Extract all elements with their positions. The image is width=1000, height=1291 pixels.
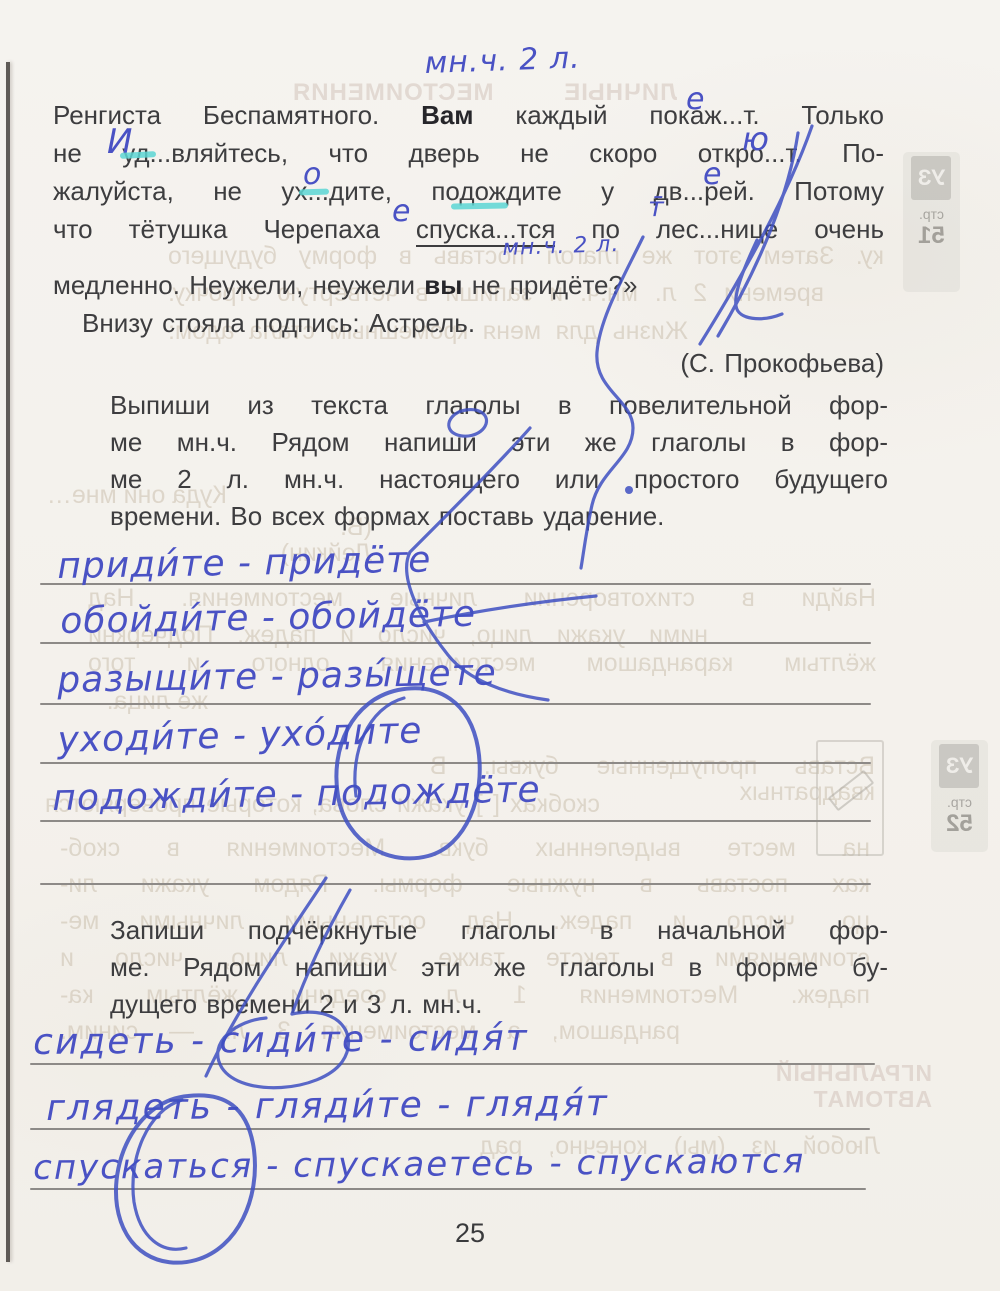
story-text: каждый покаж...т. Только xyxy=(474,100,884,130)
badge-number: 51 xyxy=(918,222,945,250)
story-bold-vam: Вам xyxy=(421,100,473,130)
uz-logo-icon: УЗ xyxy=(940,744,980,788)
answer-row-imperative-3: разыщи́те - разы́щете xyxy=(57,652,497,701)
badge-label: стр. xyxy=(947,794,972,810)
uz-logo-icon: УЗ xyxy=(912,156,952,200)
answer-rule-line xyxy=(40,883,871,885)
story-attribution: (С. Прокофьева) xyxy=(500,348,884,378)
answer-rule-line xyxy=(30,1063,875,1065)
story-line-3: жалуйста, не ух...дите, подождите у дв..… xyxy=(53,176,884,206)
bleedthrough-line: на месте выделенных букв. Местоимения в … xyxy=(60,835,870,861)
task1-line-1: Выпиши из текста глаголы в повелительной… xyxy=(110,390,888,420)
task1-line-4: времени. Во всех формах поставь ударение… xyxy=(110,501,888,531)
insert-letter-spuskaetsya: е xyxy=(392,194,411,229)
answer-rule-line xyxy=(30,1128,870,1130)
answer-row-imperative-4: уходи́те - ухо́дите xyxy=(57,710,423,761)
answer-rule-line xyxy=(40,820,871,822)
bleedthrough-badge-51: УЗ стр. 51 xyxy=(903,152,960,292)
story-line-5: медленно. Неужели, неужели вы не придёте… xyxy=(53,270,884,300)
task2-line-1: Запиши подчёркнутые глаголы в начальной … xyxy=(110,915,888,945)
handwritten-note-top: мн.ч. 2 л. xyxy=(424,41,581,81)
insert-letter-pokazhet: е xyxy=(686,82,705,117)
answer-row-imperative-2: обойди́те - обойдёте xyxy=(60,594,476,642)
bleedthrough-badge-52: УЗ стр. 52 xyxy=(931,740,988,852)
story-text: что тётушка Черепаха xyxy=(53,214,416,244)
page-number: 25 xyxy=(440,1218,500,1249)
badge-number: 52 xyxy=(946,810,973,838)
task1-line-3: ме 2 л. мн.ч. настоящего или простого бу… xyxy=(110,464,888,494)
story-text: медленно. Неужели, неужели xyxy=(53,270,424,300)
bleedthrough-line: ИГРАЛЬНЫЙ АВТОМАТ xyxy=(656,1060,932,1112)
insert-letter-dverey: е xyxy=(703,157,722,192)
answer-rule-line xyxy=(40,703,871,705)
answer-row-imperative-5: подожди́те - подождёте xyxy=(52,769,541,819)
workbook-scan-page: ЛИЧНЫЕ МЕСТОИМЕНИЯ ку. Затем этот же гла… xyxy=(0,0,1000,1291)
answer-row-infinitive-1: сидеть - сиди́те - сидя́т xyxy=(33,1018,529,1063)
pencil-icon xyxy=(828,770,875,812)
pencil-box-bleed xyxy=(816,740,884,856)
highlight-mark xyxy=(451,203,508,210)
answer-rule-line xyxy=(40,642,871,644)
answer-row-infinitive-3: спускаться - спускаетесь - спускаются xyxy=(33,1141,805,1188)
insert-letter-otkroyut: ю xyxy=(742,120,770,158)
badge-label: стр. xyxy=(919,206,944,222)
insert-letter-lestnitse: т̄ xyxy=(648,192,665,223)
page-gutter-shadow xyxy=(6,62,10,1262)
task2-line-3: дущего времени 2 и 3 л. мн.ч. xyxy=(110,989,888,1019)
answer-rule-line xyxy=(30,1188,866,1190)
task2-line-2: ме. Рядом напиши эти же глаголы в форме … xyxy=(110,952,888,982)
story-line-4: что тётушка Черепаха спуска...тся по лес… xyxy=(53,214,884,244)
handwritten-note-inline: мн.ч. 2 л. xyxy=(502,232,620,261)
highlight-mark xyxy=(299,188,329,195)
story-line-6: Внизу стояла подпись: Астрель. xyxy=(82,308,882,338)
answer-row-imperative-1: приди́те - придёте xyxy=(57,539,432,587)
insert-letter-uhodite: о xyxy=(303,157,322,192)
story-bold-vy: вы xyxy=(424,270,462,300)
answer-row-infinitive-2: глядеть - гляди́те - глядя́т xyxy=(46,1083,609,1129)
answer-rule-line xyxy=(40,762,871,764)
task1-line-2: ме мн.ч. Рядом напиши эти же глаголы в ф… xyxy=(110,427,888,457)
story-text: не придёте?» xyxy=(462,270,637,300)
